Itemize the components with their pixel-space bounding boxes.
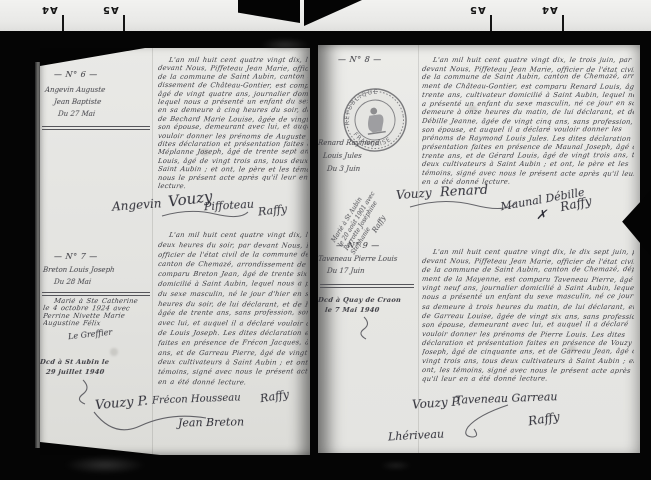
register-right-page: — N° 8 — RÉPUBLIQUE FRANÇAISE Renard Ray…: [318, 45, 640, 453]
film-smudge: [64, 456, 146, 474]
handwritten-act-entry: L'an mil huit cent quatre vingt dix, le …: [158, 56, 308, 194]
paper-stain: [468, 105, 477, 112]
film-notch-triangle-icon: [304, 0, 362, 26]
margin-rule: [152, 48, 153, 455]
death-margin-note: 29 juillet 1940: [46, 368, 105, 376]
act-name: Louis Jules: [323, 152, 363, 160]
paraph-flourish-icon: [352, 315, 376, 341]
death-margin-note: Dcd à Quay de Craon: [318, 296, 402, 304]
margin-divider: [42, 292, 150, 296]
death-margin-note: Dcd à St Aubin le: [40, 358, 110, 366]
marriage-margin-note: Marié à Ste Catherinele 4 octobre 1924 a…: [43, 298, 151, 330]
act-name: Taveneau Pierre Louis: [318, 255, 398, 263]
act-number: — N° 8 —: [338, 55, 383, 64]
act-date: Du 27 Mai: [58, 110, 96, 118]
death-margin-note: le 7 Mai 1940: [325, 306, 380, 314]
act-date: Du 3 Juin: [327, 165, 361, 173]
paper-stain: [568, 345, 576, 353]
act-number: — N° 9 —: [336, 241, 381, 250]
signature: Raffy: [257, 203, 287, 219]
marker-label: A5: [469, 4, 486, 15]
act-date: Du 17 Juin: [327, 267, 365, 275]
film-smudge: [380, 461, 412, 470]
act-number: — N° 7 —: [54, 252, 99, 261]
act-date: Du 28 Mai: [54, 278, 92, 286]
handwritten-act-entry: L'an mil huit cent quatre vingt dix, le …: [422, 56, 634, 188]
page-corner-shadow: [40, 442, 160, 455]
register-left-page: — N° 6 — Angevin Auguste Jean Baptiste D…: [40, 48, 310, 455]
signature: Raffy: [527, 410, 561, 429]
film-smudge: [260, 38, 310, 52]
marker-tick-icon: [62, 15, 64, 31]
act-number: — N° 6 —: [54, 70, 99, 79]
marker-tick-icon: [490, 15, 492, 31]
act-name: Angevin Auguste: [45, 86, 106, 94]
page-corner-shadow: [40, 48, 145, 66]
margin-rule: [418, 45, 419, 453]
act-name: Renard Raymond: [318, 139, 380, 147]
film-notch-triangle-icon: [238, 0, 300, 23]
marker-label: A4: [541, 4, 558, 15]
signature-flourish-icon: [438, 401, 528, 441]
film-edge-strip: A4 A5 A5 A4: [0, 0, 651, 31]
witness-mark: ✗: [536, 208, 547, 223]
margin-divider: [320, 284, 414, 288]
marker-tick-icon: [123, 15, 125, 31]
margin-divider: [42, 126, 150, 130]
paraph-flourish-icon: [70, 378, 96, 406]
handwritten-act-entry: L'an mil huit cent quatre vingt dix, le …: [422, 248, 634, 386]
marker-label: A5: [102, 4, 119, 15]
marker-label: A4: [41, 4, 58, 15]
signature-flourish-icon: [408, 195, 518, 213]
marker-tick-icon: [562, 15, 564, 31]
signature: Angevin: [112, 196, 162, 213]
signature-flourish-icon: [90, 404, 210, 438]
act-name: Breton Louis Joseph: [43, 266, 115, 274]
act-name: Jean Baptiste: [54, 98, 102, 106]
handwritten-act-entry: L'an mil huit cent quatre vingt dix, le …: [158, 231, 308, 391]
paper-stain: [200, 148, 210, 156]
signature-flourish-icon: [160, 206, 250, 222]
microfilm-frame: A4 A5 A5 A4 — N° 6 — Angevin Auguste Jea…: [0, 0, 651, 480]
paper-stain: [110, 348, 118, 356]
signature: Lhériveau: [388, 428, 445, 444]
